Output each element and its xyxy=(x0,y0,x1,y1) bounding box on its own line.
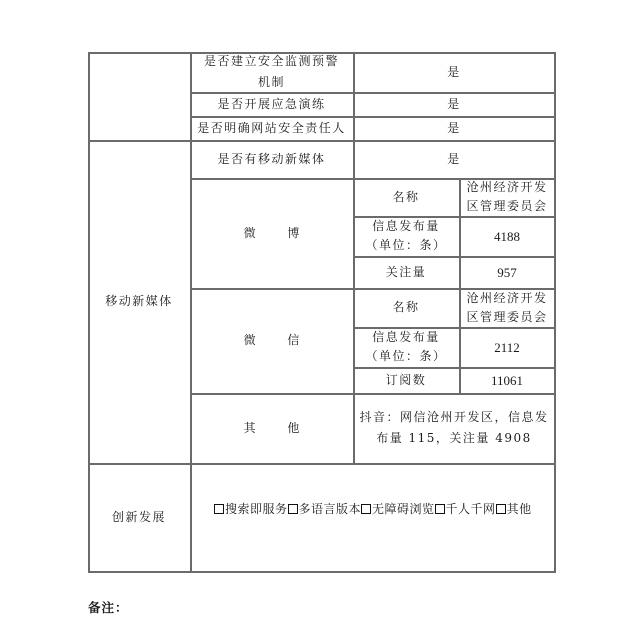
wechat-subscribers-value: 11061 xyxy=(459,367,555,393)
security-answer-responsible: 是 xyxy=(353,116,555,140)
other-media-label: 其 他 xyxy=(190,393,353,463)
option-label: 其他 xyxy=(507,502,532,516)
checkbox-icon[interactable] xyxy=(288,504,298,514)
weibo-followers-label: 关注量 xyxy=(353,256,459,288)
wechat-name-value: 沧州经济开发 区管理委员会 xyxy=(459,288,555,327)
other-media-value: 抖音：网信沧州开发区，信息发 布量 115，关注量 4908 xyxy=(353,393,555,463)
weibo-name-value: 沧州经济开发 区管理委员会 xyxy=(459,178,555,216)
value-line: 抖音：网信沧州开发区，信息发 xyxy=(359,407,548,428)
weibo-label: 微 博 xyxy=(190,178,353,288)
label-line: 信息发布量 xyxy=(372,328,440,347)
wechat-subscribers-label: 订阅数 xyxy=(353,367,459,393)
checkbox-icon[interactable] xyxy=(361,504,371,514)
table-border-bottom xyxy=(88,571,555,573)
has-mobile-question: 是否有移动新媒体 xyxy=(190,140,353,178)
label-line: （单位：条） xyxy=(365,236,446,255)
option-label: 搜索即服务 xyxy=(225,502,288,516)
section-label-mobile-media: 移动新媒体 xyxy=(88,140,190,463)
option-accessibility[interactable]: 无障碍浏览 xyxy=(361,499,435,520)
has-mobile-answer: 是 xyxy=(353,140,555,178)
name-line: 区管理委员会 xyxy=(466,197,547,216)
security-question-drill: 是否开展应急演练 xyxy=(190,92,353,116)
weibo-name-label: 名称 xyxy=(353,178,459,216)
option-label: 多语言版本 xyxy=(299,502,362,516)
label-line: （单位：条） xyxy=(365,347,446,366)
weibo-posts-label: 信息发布量 （单位：条） xyxy=(353,216,459,256)
option-label: 无障碍浏览 xyxy=(372,502,435,516)
option-other[interactable]: 其他 xyxy=(496,499,532,520)
value-line: 布量 115，关注量 4908 xyxy=(376,428,532,449)
checkbox-icon[interactable] xyxy=(496,504,506,514)
security-answer-monitoring: 是 xyxy=(353,52,555,92)
name-line: 区管理委员会 xyxy=(466,308,547,327)
wechat-label: 微 信 xyxy=(190,288,353,393)
wechat-posts-label: 信息发布量 （单位：条） xyxy=(353,327,459,367)
security-answer-drill: 是 xyxy=(353,92,555,116)
weibo-posts-value: 4188 xyxy=(459,216,555,256)
wechat-name-label: 名称 xyxy=(353,288,459,327)
label-line: 信息发布量 xyxy=(372,217,440,236)
note-label: 备注： xyxy=(88,598,129,616)
security-question-responsible: 是否明确网站安全责任人 xyxy=(190,116,353,140)
wechat-posts-value: 2112 xyxy=(459,327,555,367)
section-label-innovation: 创新发展 xyxy=(88,463,190,571)
option-multilingual[interactable]: 多语言版本 xyxy=(288,499,362,520)
innovation-options: 搜索即服务多语言版本无障碍浏览千人千网其他 xyxy=(190,463,555,555)
question-line: 机制 xyxy=(258,72,285,93)
weibo-followers-value: 957 xyxy=(459,256,555,288)
checkbox-icon[interactable] xyxy=(435,504,445,514)
name-line: 沧州经济开发 xyxy=(466,289,547,308)
option-label: 千人千网 xyxy=(446,502,496,516)
security-question-monitoring: 是否建立安全监测预警 机制 xyxy=(190,52,353,92)
name-line: 沧州经济开发 xyxy=(466,178,547,197)
option-search-service[interactable]: 搜索即服务 xyxy=(214,499,288,520)
checkbox-icon[interactable] xyxy=(214,504,224,514)
question-line: 是否建立安全监测预警 xyxy=(204,51,339,72)
option-personalized[interactable]: 千人千网 xyxy=(435,499,496,520)
